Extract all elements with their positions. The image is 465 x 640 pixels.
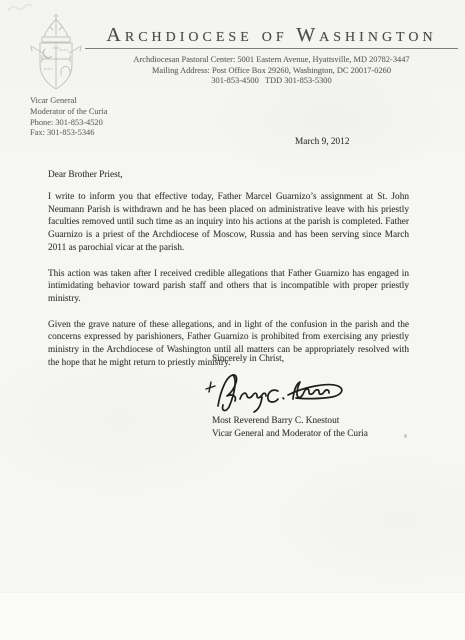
signatory-name: Most Reverend Barry C. Knestout — [212, 415, 368, 428]
scan-artifact-dot — [404, 434, 407, 438]
closing-line: Sincerely in Christ, — [212, 353, 284, 366]
sender-phone: Phone: 301-853-4520 — [30, 118, 107, 129]
address-line-1: Archdiocesan Pastoral Center: 5001 Easte… — [85, 55, 458, 66]
salutation: Dear Brother Priest, — [48, 169, 123, 182]
paragraph-2: This action was taken after I received c… — [48, 268, 409, 306]
letterhead-divider — [85, 48, 458, 49]
organization-name: Archdiocese of Washington — [85, 24, 458, 46]
scanned-letter-page: Archdiocese of Washington Archdiocesan P… — [0, 0, 465, 640]
address-line-2: Mailing Address: Post Office Box 29260, … — [85, 66, 458, 77]
letterhead-address-block: Archdiocesan Pastoral Center: 5001 Easte… — [85, 55, 458, 87]
letterhead-text: Archdiocese of Washington Archdiocesan P… — [85, 24, 458, 87]
coat-of-arms-crest — [27, 13, 85, 95]
address-line-3: 301-853-4500 TDD 301-853-5300 — [85, 76, 458, 87]
sender-fax: Fax: 301-853-5346 — [30, 128, 107, 139]
sender-role-2: Moderator of the Curia — [30, 107, 107, 118]
sender-contact-block: Vicar General Moderator of the Curia Pho… — [30, 96, 107, 139]
handwritten-signature — [200, 367, 350, 415]
signature-block: Most Reverend Barry C. Knestout Vicar Ge… — [212, 415, 368, 441]
sender-role-1: Vicar General — [30, 96, 107, 107]
scan-edge-strip — [0, 592, 465, 640]
letter-date: March 9, 2012 — [295, 136, 349, 149]
signatory-title: Vicar General and Moderator of the Curia — [212, 428, 368, 441]
paragraph-1: I write to inform you that effective tod… — [48, 191, 409, 255]
